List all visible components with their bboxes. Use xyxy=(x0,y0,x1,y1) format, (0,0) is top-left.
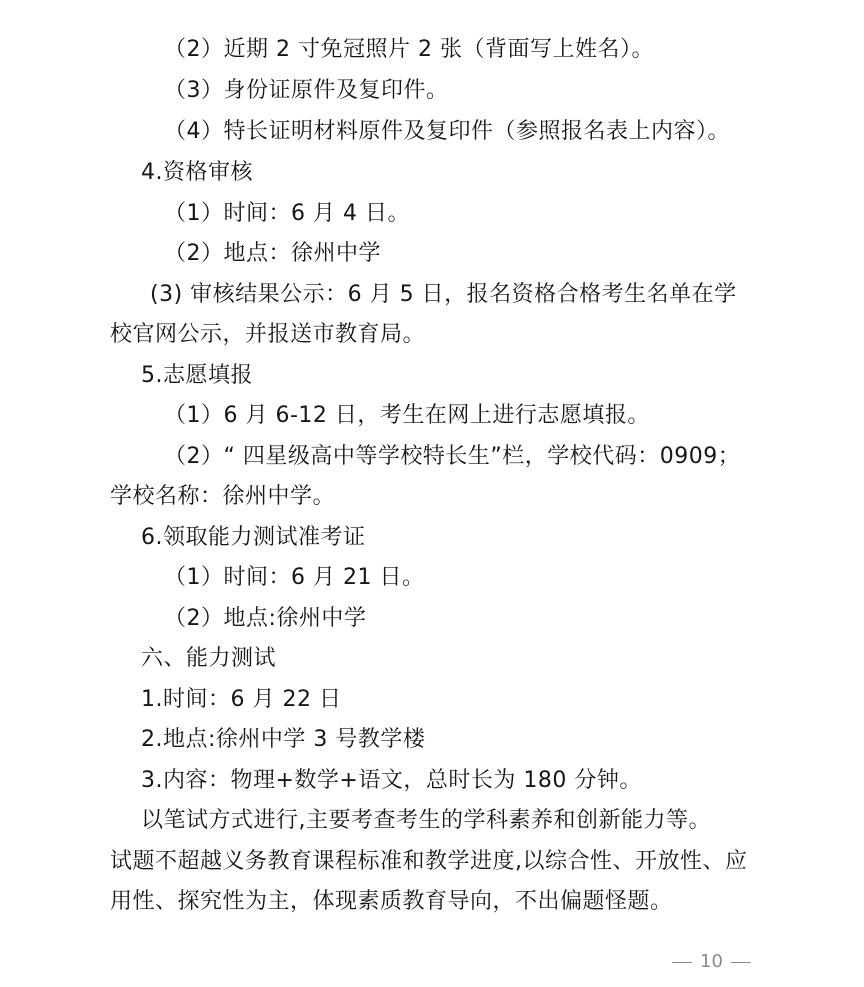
text-line: （3）身份证原件及复印件。 xyxy=(164,77,449,105)
page-number: 10 xyxy=(672,950,751,974)
text-line: （2）“ 四星级高中等学校特长生”栏，学校代码：0909； xyxy=(164,443,740,471)
dash-left xyxy=(672,962,692,963)
text-line: （2）近期 2 寸免冠照片 2 张（背面写上姓名）。 xyxy=(164,36,654,64)
text-line: 以笔试方式进行,主要考查考生的学科素养和创新能力等。 xyxy=(141,807,711,835)
text-line: （1）时间：6 月 21 日。 xyxy=(164,564,424,592)
section-heading: 4.资格审核 xyxy=(141,159,253,187)
text-line: （2）地点:徐州中学 xyxy=(164,605,366,633)
text-line: 3.内容：物理+数学+语文，总时长为 180 分钟。 xyxy=(141,767,642,795)
text-line: 学校名称：徐州中学。 xyxy=(110,483,335,511)
text-line: （1）时间：6 月 4 日。 xyxy=(164,200,410,228)
text-line: 1.时间：6 月 22 日 xyxy=(141,686,341,714)
section-heading: 5.志愿填报 xyxy=(141,362,253,390)
page-number-value: 10 xyxy=(700,950,723,974)
text-line: (3) 审核结果公示：6 月 5 日，报名资格合格考生名单在学 xyxy=(150,281,737,309)
text-line: （1）6 月 6-12 日，考生在网上进行志愿填报。 xyxy=(164,402,650,430)
chapter-heading: 六、能力测试 xyxy=(141,645,276,673)
text-line: 试题不超越义务教育课程标准和教学进度,以综合性、开放性、应 xyxy=(110,848,748,876)
document-page: （2）近期 2 寸免冠照片 2 张（背面写上姓名）。 （3）身份证原件及复印件。… xyxy=(0,0,864,987)
text-line: （4）特长证明材料原件及复印件（参照报名表上内容）。 xyxy=(164,118,730,146)
dash-right xyxy=(731,962,751,963)
text-line: 校官网公示，并报送市教育局。 xyxy=(110,321,425,349)
text-line: 2.地点:徐州中学 3 号教学楼 xyxy=(141,726,425,754)
text-line: 用性、探究性为主，体现素质教育导向，不出偏题怪题。 xyxy=(110,888,673,916)
section-heading: 6.领取能力测试准考证 xyxy=(141,524,366,552)
text-line: （2）地点：徐州中学 xyxy=(164,240,381,268)
